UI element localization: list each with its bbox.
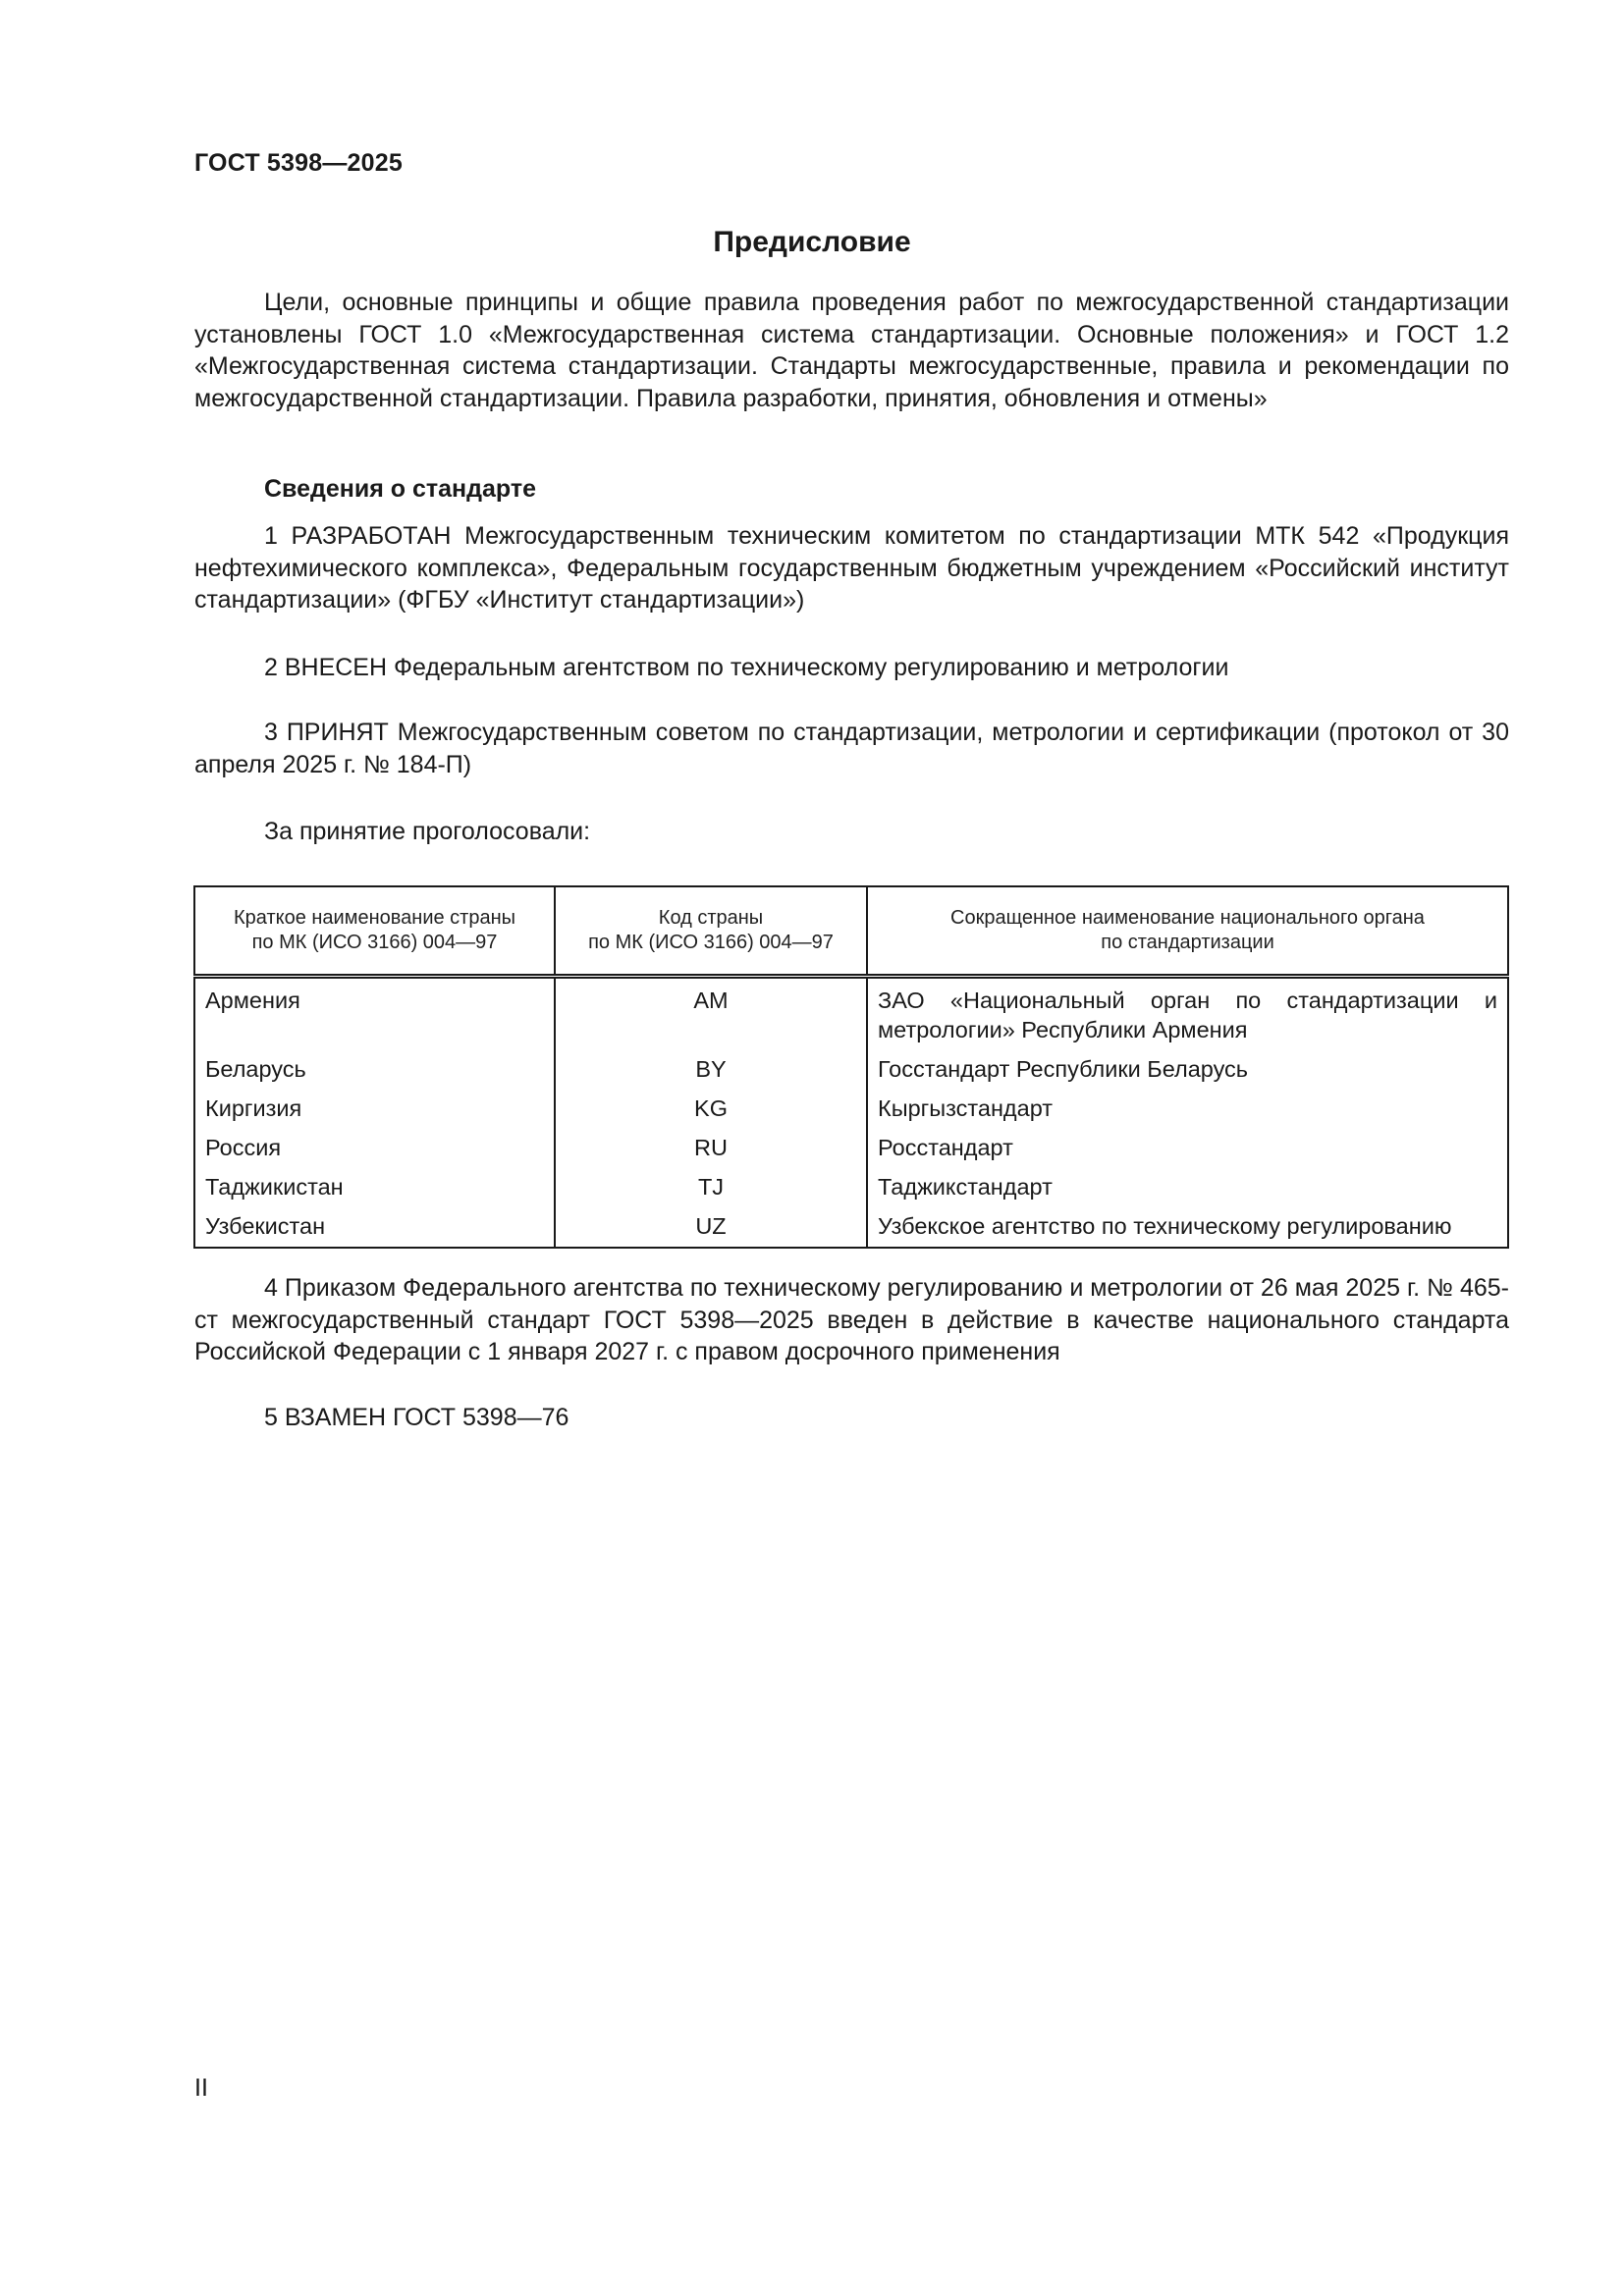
country-code: RU <box>555 1128 867 1167</box>
country-name: Армения <box>194 977 555 1050</box>
country-code: BY <box>555 1049 867 1089</box>
header-organization: Сокращенное наименование национального о… <box>867 886 1508 977</box>
item-developed: 1 РАЗРАБОТАН Межгосударственным техничес… <box>194 520 1509 616</box>
country-name: Узбекистан <box>194 1206 555 1248</box>
table-row: КиргизияKGКыргызстандарт <box>194 1089 1508 1128</box>
country-code: UZ <box>555 1206 867 1248</box>
table-header-row: Краткое наименование страны по МК (ИСО 3… <box>194 886 1508 977</box>
intro-paragraph: Цели, основные принципы и общие правила … <box>194 287 1509 414</box>
country-name: Россия <box>194 1128 555 1167</box>
header-code: Код страны по МК (ИСО 3166) 004—97 <box>555 886 867 977</box>
table-row: РоссияRUРосстандарт <box>194 1128 1508 1167</box>
page-number: II <box>194 2074 208 2103</box>
table-row: ТаджикистанTJТаджикстандарт <box>194 1167 1508 1206</box>
item-adopted: 3 ПРИНЯТ Межгосударственным советом по с… <box>194 717 1509 780</box>
item-submitted: 2 ВНЕСЕН Федеральным агентством по техни… <box>194 652 1509 684</box>
standards-body: Кыргызстандарт <box>867 1089 1508 1128</box>
standards-body: Росстандарт <box>867 1128 1508 1167</box>
standards-body: ЗАО «Национальный орган по стандартизаци… <box>867 977 1508 1050</box>
standards-body: Таджикстандарт <box>867 1167 1508 1206</box>
info-heading: Сведения о стандарте <box>194 473 1509 506</box>
item-order: 4 Приказом Федерального агентства по тех… <box>194 1272 1509 1368</box>
table-row: АрменияAMЗАО «Национальный орган по стан… <box>194 977 1508 1050</box>
country-code: AM <box>555 977 867 1050</box>
country-name: Киргизия <box>194 1089 555 1128</box>
table-row: УзбекистанUZУзбекское агентство по техни… <box>194 1206 1508 1248</box>
standards-body: Узбекское агентство по техническому регу… <box>867 1206 1508 1248</box>
document-header: ГОСТ 5398—2025 <box>194 149 403 178</box>
page-title: Предисловие <box>0 226 1624 259</box>
table-row: БеларусьBYГосстандарт Республики Беларус… <box>194 1049 1508 1089</box>
item-replaces: 5 ВЗАМЕН ГОСТ 5398—76 <box>194 1402 1509 1434</box>
country-name: Беларусь <box>194 1049 555 1089</box>
voting-table: Краткое наименование страны по МК (ИСО 3… <box>193 885 1509 1249</box>
header-country: Краткое наименование страны по МК (ИСО 3… <box>194 886 555 977</box>
voted-label: За принятие проголосовали: <box>194 816 1509 848</box>
country-name: Таджикистан <box>194 1167 555 1206</box>
country-code: TJ <box>555 1167 867 1206</box>
country-code: KG <box>555 1089 867 1128</box>
standards-body: Госстандарт Республики Беларусь <box>867 1049 1508 1089</box>
